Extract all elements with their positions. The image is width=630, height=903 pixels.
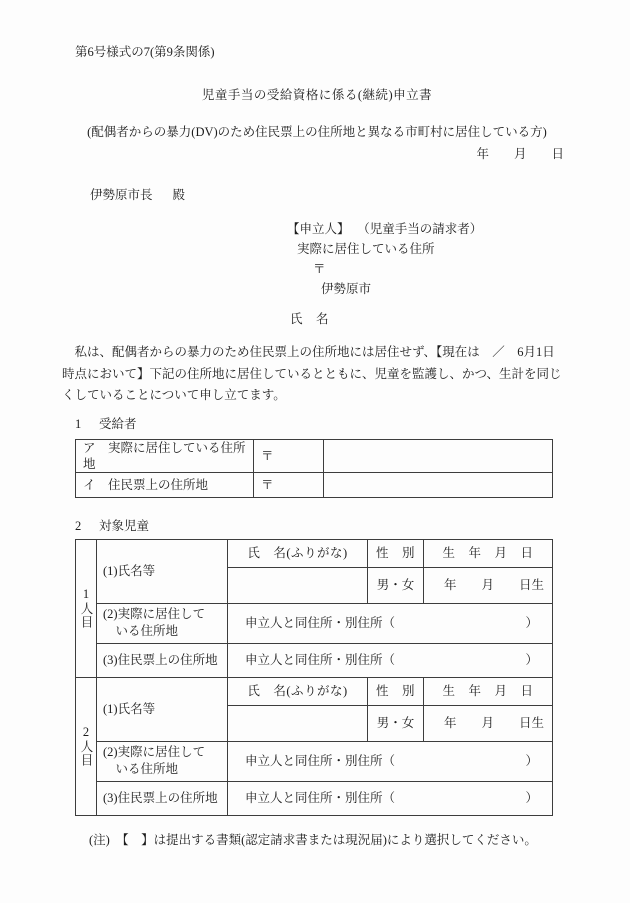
recipient-row-label: ア実際に居住している住所地 — [76, 439, 254, 472]
person-number: 2人目 — [76, 725, 96, 767]
name-header: 氏 名(ふりがな) — [228, 539, 368, 567]
document-subtitle: (配偶者からの暴力(DV)のため住民票上の住所地と異なる市町村に居住している方) — [62, 124, 572, 140]
sex-header: 性 別 — [368, 677, 424, 705]
postal-mark-cell: 〒 — [254, 472, 324, 497]
registered-choice-cell: 申立人と同住所・別住所（） — [228, 781, 553, 815]
declaration-line: 私は、配偶者からの暴力のため住民票上の住所地には居住せず、【現在は ／ 6月1日 — [62, 342, 572, 364]
sex-value: 男・女 — [368, 567, 424, 603]
footnote: (注) 【 】は提出する書類(認定請求書または現況届)により選択してください。 — [89, 832, 572, 848]
form-number: 第6号様式の7(第9条関係) — [75, 44, 572, 60]
address-choice-text: 申立人と同住所・別住所（ — [245, 615, 395, 631]
row-key: イ — [83, 477, 108, 493]
applicant-city: 伊勢原市 — [321, 279, 572, 299]
residence-choice-cell: 申立人と同住所・別住所（） — [228, 741, 553, 781]
declaration-paragraph: 私は、配偶者からの暴力のため住民票上の住所地には居住せず、【現在は ／ 6月1日… — [62, 342, 572, 407]
residence-row-label: (2)実際に居住して いる住所地 — [97, 603, 228, 643]
applicant-name-label: 氏 名 — [290, 311, 572, 327]
section1-heading: 1受給者 — [75, 416, 572, 432]
table-row: 2人目 (1)氏名等 氏 名(ふりがな) 性 別 生 年 月 日 — [76, 677, 553, 705]
applicant-block: 【申立人】（児童手当の請求者） 実際に居住している住所 〒 伊勢原市 — [287, 219, 572, 299]
row-label: 実際に居住している住所地 — [83, 441, 246, 471]
recipient-table: ア実際に居住している住所地 〒 イ住民票上の住所地 〒 — [75, 439, 553, 498]
table-row: 1人目 (1)氏名等 氏 名(ふりがな) 性 別 生 年 月 日 — [76, 539, 553, 567]
person-number: 1人目 — [76, 587, 96, 629]
address-choice-close: ） — [525, 615, 538, 631]
address-choice-text: 申立人と同住所・別住所（ — [245, 790, 395, 806]
applicant-heading-line: 【申立人】（児童手当の請求者） — [287, 219, 572, 239]
addressee: 伊勢原市長 — [90, 188, 153, 202]
person-number-cell: 2人目 — [76, 677, 97, 815]
registered-row-label: (3)住民票上の住所地 — [97, 643, 228, 677]
name-row-label: (1)氏名等 — [97, 677, 228, 741]
address-fill-cell — [324, 439, 553, 472]
name-fill-cell — [228, 705, 368, 741]
applicant-address-label: 実際に居住している住所 — [297, 239, 572, 259]
sex-value: 男・女 — [368, 705, 424, 741]
person-number-cell: 1人目 — [76, 539, 97, 677]
residence-row-label: (2)実際に居住して いる住所地 — [97, 741, 228, 781]
recipient-row-label: イ住民票上の住所地 — [76, 472, 254, 497]
row-label: 住民票上の住所地 — [108, 478, 208, 492]
addressee-honorific: 殿 — [173, 188, 186, 202]
table-row: イ住民票上の住所地 〒 — [76, 472, 553, 497]
table-row: (2)実際に居住して いる住所地 申立人と同住所・別住所（） — [76, 741, 553, 781]
section1-title: 受給者 — [99, 417, 137, 431]
section2-heading: 2対象児童 — [75, 518, 572, 534]
residence-choice-cell: 申立人と同住所・別住所（） — [228, 603, 553, 643]
section2-number: 2 — [75, 518, 99, 534]
address-choice-close: ） — [525, 753, 538, 769]
address-choice-text: 申立人と同住所・別住所（ — [245, 652, 395, 668]
document-page: 第6号様式の7(第9条関係) 児童手当の受給資格に係る(継続)申立書 (配偶者か… — [0, 0, 630, 903]
addressee-line: 伊勢原市長殿 — [90, 187, 572, 203]
page-title: 児童手当の受給資格に係る(継続)申立書 — [62, 87, 572, 103]
address-choice-close: ） — [525, 652, 538, 668]
table-row: (2)実際に居住して いる住所地 申立人と同住所・別住所（） — [76, 603, 553, 643]
table-row: (3)住民票上の住所地 申立人と同住所・別住所（） — [76, 781, 553, 815]
registered-row-label: (3)住民票上の住所地 — [97, 781, 228, 815]
dob-header: 生 年 月 日 — [424, 539, 553, 567]
address-choice-close: ） — [525, 790, 538, 806]
postal-mark: 〒 — [313, 259, 572, 279]
row-key: ア — [83, 440, 108, 456]
children-table: 1人目 (1)氏名等 氏 名(ふりがな) 性 別 生 年 月 日 男・女 年 月… — [75, 539, 553, 816]
dob-header: 生 年 月 日 — [424, 677, 553, 705]
sex-header: 性 別 — [368, 539, 424, 567]
table-row: (3)住民票上の住所地 申立人と同住所・別住所（） — [76, 643, 553, 677]
section2-title: 対象児童 — [99, 519, 149, 533]
name-header: 氏 名(ふりがな) — [228, 677, 368, 705]
declaration-line: くしていることについて申し立てます。 — [62, 385, 572, 407]
applicant-subheading: （児童手当の請求者） — [364, 222, 483, 236]
applicant-heading: 【申立人】 — [287, 222, 350, 236]
address-fill-cell — [324, 472, 553, 497]
table-row: ア実際に居住している住所地 〒 — [76, 439, 553, 472]
date-line: 年 月 日 — [62, 146, 572, 162]
postal-mark-cell: 〒 — [254, 439, 324, 472]
dob-value: 年 月 日生 — [424, 567, 553, 603]
address-choice-text: 申立人と同住所・別住所（ — [245, 753, 395, 769]
registered-choice-cell: 申立人と同住所・別住所（） — [228, 643, 553, 677]
section1-number: 1 — [75, 416, 99, 432]
declaration-line: 時点において】下記の住所地に居住しているとともに、児童を監護し、かつ、生計を同じ — [62, 364, 572, 386]
dob-value: 年 月 日生 — [424, 705, 553, 741]
name-row-label: (1)氏名等 — [97, 539, 228, 603]
name-fill-cell — [228, 567, 368, 603]
